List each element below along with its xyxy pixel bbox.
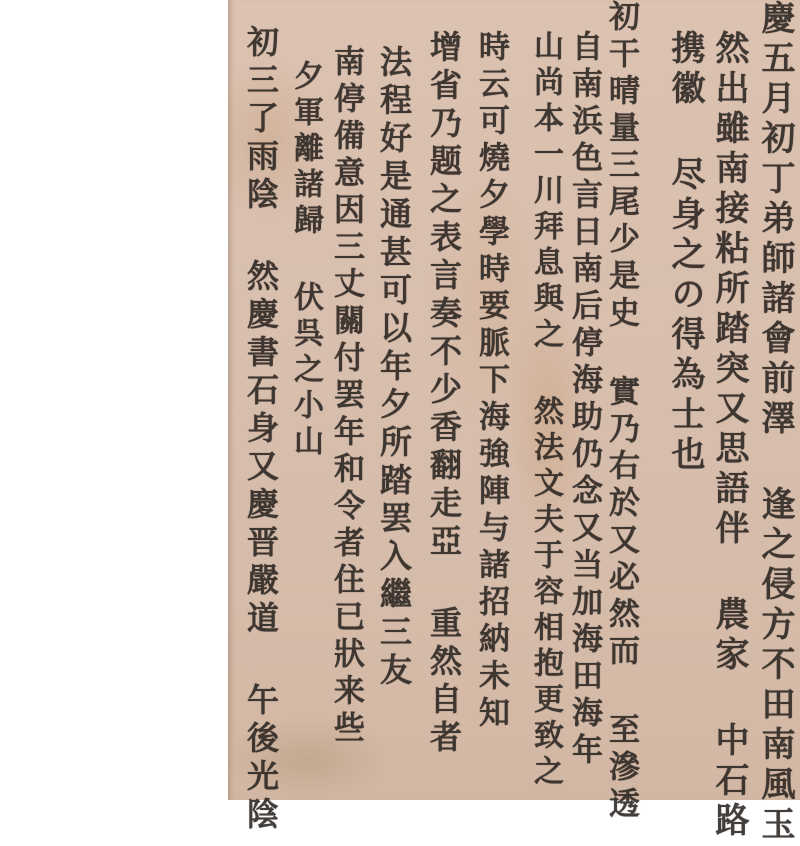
text-column-2: 然出雖南接粘所踏突又思語伴 農家 中石路 bbox=[712, 30, 746, 800]
text-column-6: 山尚本一川拜息與之 然法文夫于容相抱更致之 bbox=[530, 30, 560, 791]
text-column-1: 慶五月初丁弟師諸會前澤 逢之侵方不田南風玉 bbox=[758, 0, 792, 800]
text-column-7: 時云可燒夕學時要脈下海強陣与諸招納未知 bbox=[475, 30, 506, 733]
text-column-9: 法程好是通甚可以年夕所踏罢入繼三友 bbox=[378, 45, 410, 691]
text-column-11: 夕軍離諸歸 伏呉之小山 bbox=[290, 60, 320, 461]
text-column-8: 增省乃题之表言奏不少香翻走亞 重然自者 bbox=[428, 30, 460, 758]
text-column-10: 南停備意因三丈關付罢年和令者住已狀来些 bbox=[330, 45, 361, 748]
manuscript-page: 慶五月初丁弟師諸會前澤 逢之侵方不田南風玉 然出雖南接粘所踏突又思語伴 農家 中… bbox=[0, 0, 800, 800]
text-column-3: 携徽 尽身之の得為士也 bbox=[668, 30, 702, 476]
text-column-4: 初干晴量三尾少是史 實乃右於又必然而 至滲透 bbox=[605, 0, 636, 800]
text-column-5: 自南浜色言日南后停海助仍念又当加海田海年 bbox=[568, 30, 599, 770]
text-column-12: 初三了雨陰 然慶書石身又慶晋嚴道 午後光陰 bbox=[245, 25, 277, 800]
